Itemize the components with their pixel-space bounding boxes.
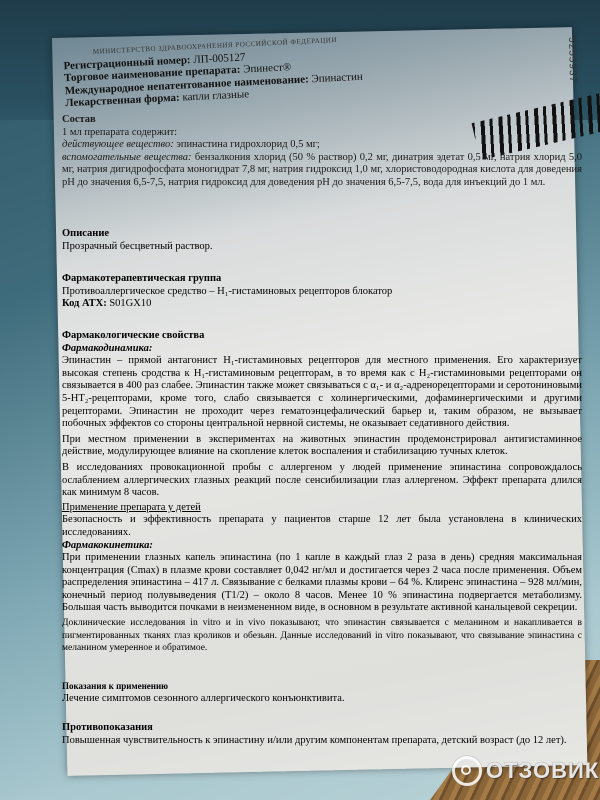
atc-value: S01GX10: [109, 298, 151, 309]
composition-section: Состав 1 мл препарата содержит: действую…: [62, 114, 582, 190]
pharmacodynamics-p1: Эпинастин – прямой антагонист H₁-гистами…: [62, 355, 582, 431]
composition-title: Состав: [62, 114, 582, 127]
otzovik-logo-icon: [452, 756, 482, 786]
pharm-group-title: Фармакотерапевтическая группа: [62, 273, 582, 286]
indications-title: Показания к применению: [62, 680, 582, 693]
indications-section: Показания к применению Лечение симптомов…: [62, 680, 582, 705]
pharmacokinetics-p2: Доклинические исследования in vitro и in…: [62, 617, 582, 655]
description-text: Прозрачный бесцветный раствор.: [62, 241, 582, 254]
children-title: Применение препарата у детей: [62, 502, 582, 515]
description-section: Описание Прозрачный бесцветный раствор.: [62, 228, 582, 253]
pharmacodynamics-title: Фармакодинамика:: [62, 343, 582, 356]
contraindications-title: Противопоказания: [62, 722, 582, 735]
pharmacokinetics-title: Фармакокинетика:: [62, 540, 582, 553]
atc-label: Код АТХ:: [62, 298, 107, 309]
pharmacodynamics-p2: При местном применении в экспериментах н…: [62, 434, 582, 459]
otzovik-watermark: ОТЗОВИК: [452, 756, 599, 786]
watermark-brand: ОТЗОВИК: [486, 758, 599, 784]
form-value: капли глазные: [182, 88, 249, 103]
pharm-group-text: Противоаллергическое средство – H₁-гиста…: [62, 286, 582, 299]
contraindications-text: Повышенная чувствительность к эпинастину…: [62, 735, 582, 748]
children-text: Безопасность и эффективность препарата у…: [62, 514, 582, 539]
inn-value: Эпинастин: [311, 70, 363, 84]
pharm-props-section: Фармакологические свойства Фармакодинами…: [62, 330, 582, 655]
description-title: Описание: [62, 228, 582, 241]
composition-excipients: вспомогательные вещества: бензалкония хл…: [62, 152, 582, 190]
composition-active: действующее вещество: эпинастина гидрохл…: [62, 139, 582, 152]
pharm-props-title: Фармакологические свойства: [62, 330, 582, 343]
pharmacokinetics-p1: При применении глазных капель эпинастина…: [62, 552, 582, 615]
contraindications-section: Противопоказания Повышенная чувствительн…: [62, 722, 582, 747]
indications-text: Лечение симптомов сезонного аллергическо…: [62, 693, 582, 706]
pharm-group-section: Фармакотерапевтическая группа Противоалл…: [62, 273, 582, 311]
pharmacodynamics-p3: В исследованиях провокационной пробы с а…: [62, 462, 582, 500]
composition-intro: 1 мл препарата содержит:: [62, 127, 582, 140]
serial-number: 5255937: [566, 37, 578, 83]
